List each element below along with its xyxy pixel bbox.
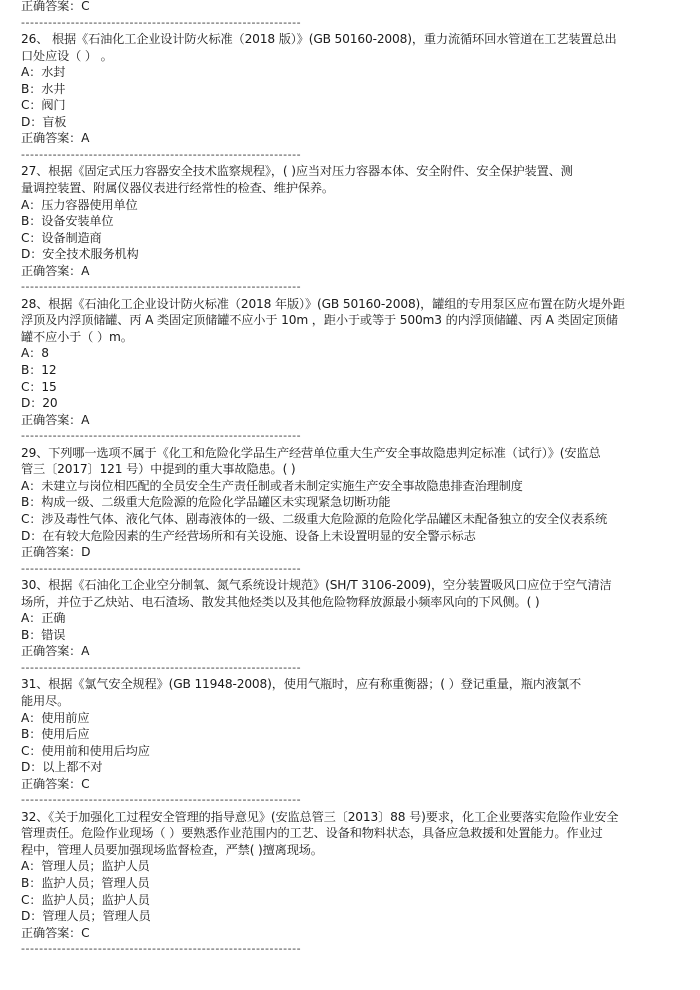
question-29: 29、下列哪一选项不属于《化工和危险化学品生产经营单位重大生产安全事故隐患判定标… (21, 445, 621, 561)
separator: ----------------------------------------… (21, 15, 305, 32)
option-b: B：12 (21, 362, 621, 379)
question-stem: 32、《关于加强化工过程安全管理的指导意见》(安监总管三〔2013〕88 号)要… (21, 809, 621, 826)
option-d: D：盲板 (21, 114, 621, 131)
option-a: A：8 (21, 345, 621, 362)
option-c: C：设备制造商 (21, 230, 621, 247)
option-b: B：监护人员；管理人员 (21, 875, 621, 892)
option-a: A：管理人员；监护人员 (21, 858, 621, 875)
correct-answer: 正确答案：C (21, 925, 621, 942)
previous-answer: 正确答案：C (21, 0, 621, 15)
question-28: 28、根据《石油化工企业设计防火标准（2018 年版）》(GB 50160-20… (21, 296, 621, 428)
question-stem: 场所，并位于乙炔站、电石渣场、散发其他烃类以及其他危险物释放源最小频率风向的下风… (21, 594, 621, 611)
option-c: C：15 (21, 379, 621, 396)
separator: ----------------------------------------… (21, 792, 305, 809)
question-stem: 30、根据《石油化工企业空分制氧、氮气系统设计规范》(SH/T 3106-200… (21, 577, 621, 594)
option-a: A：正确 (21, 610, 621, 627)
option-b: B：构成一级、二级重大危险源的危险化学品罐区未实现紧急切断功能 (21, 494, 621, 511)
question-stem: 管三〔2017〕121 号）中提到的重大事故隐患。( ) (21, 461, 621, 478)
correct-answer: 正确答案：C (21, 776, 621, 793)
separator: ----------------------------------------… (21, 660, 305, 677)
option-d: D：在有较大危险因素的生产经营场所和有关设施、设备上未设置明显的安全警示标志 (21, 528, 621, 545)
option-b: B：错误 (21, 627, 621, 644)
option-d: D：以上都不对 (21, 759, 621, 776)
separator: ----------------------------------------… (21, 147, 305, 164)
option-a: A：压力容器使用单位 (21, 197, 621, 214)
option-d: D：20 (21, 395, 621, 412)
option-c: C：阀门 (21, 97, 621, 114)
question-stem: 26、 根据《石油化工企业设计防火标准（2018 版）》(GB 50160-20… (21, 31, 621, 48)
question-30: 30、根据《石油化工企业空分制氧、氮气系统设计规范》(SH/T 3106-200… (21, 577, 621, 660)
question-stem: 罐不应小于（ ）m。 (21, 329, 621, 346)
question-27: 27、根据《固定式压力容器安全技术监察规程》，( )应当对压力容器本体、安全附件… (21, 163, 621, 279)
option-a: A：未建立与岗位相匹配的全员安全生产责任制或者未制定实施生产安全事故隐患排查治理… (21, 478, 621, 495)
option-b: B：设备安装单位 (21, 213, 621, 230)
option-a: A：使用前应 (21, 710, 621, 727)
question-stem: 程中，管理人员要加强现场监督检查，严禁( )擅离现场。 (21, 842, 621, 859)
question-stem: 29、下列哪一选项不属于《化工和危险化学品生产经营单位重大生产安全事故隐患判定标… (21, 445, 621, 462)
question-stem: 能用尽。 (21, 693, 621, 710)
question-stem: 28、根据《石油化工企业设计防火标准（2018 年版）》(GB 50160-20… (21, 296, 621, 313)
question-stem: 口处应设（ ） 。 (21, 48, 621, 65)
separator: ----------------------------------------… (21, 279, 305, 296)
option-c: C：监护人员；监护人员 (21, 892, 621, 909)
option-b: B：水井 (21, 81, 621, 98)
separator: ----------------------------------------… (21, 941, 305, 958)
document-page: 正确答案：C ---------------------------------… (21, 0, 621, 958)
question-31: 31、根据《氯气安全规程》(GB 11948-2008)，使用气瓶时，应有称重衡… (21, 676, 621, 792)
option-d: D：管理人员；管理人员 (21, 908, 621, 925)
correct-answer: 正确答案：A (21, 263, 621, 280)
separator: ----------------------------------------… (21, 561, 305, 578)
question-stem: 31、根据《氯气安全规程》(GB 11948-2008)，使用气瓶时，应有称重衡… (21, 676, 621, 693)
correct-answer: 正确答案：A (21, 643, 621, 660)
option-c: C：使用前和使用后均应 (21, 743, 621, 760)
option-b: B：使用后应 (21, 726, 621, 743)
option-d: D：安全技术服务机构 (21, 246, 621, 263)
option-c: C：涉及毒性气体、液化气体、剧毒液体的一级、二级重大危险源的危险化学品罐区未配备… (21, 511, 621, 528)
correct-answer: 正确答案：D (21, 544, 621, 561)
question-stem: 浮顶及内浮顶储罐、丙 A 类固定顶储罐不应小于 10m ，距小于或等于 500m… (21, 312, 621, 329)
question-stem: 量调控装置、附属仪器仪表进行经常性的检查、维护保养。 (21, 180, 621, 197)
separator: ----------------------------------------… (21, 428, 305, 445)
question-stem: 27、根据《固定式压力容器安全技术监察规程》，( )应当对压力容器本体、安全附件… (21, 163, 621, 180)
option-a: A：水封 (21, 64, 621, 81)
correct-answer: 正确答案：A (21, 412, 621, 429)
question-32: 32、《关于加强化工过程安全管理的指导意见》(安监总管三〔2013〕88 号)要… (21, 809, 621, 941)
correct-answer: 正确答案：A (21, 130, 621, 147)
question-26: 26、 根据《石油化工企业设计防火标准（2018 版）》(GB 50160-20… (21, 31, 621, 147)
question-stem: 管理责任。危险作业现场（ ）要熟悉作业范围内的工艺、设备和物料状态，具备应急救援… (21, 825, 621, 842)
